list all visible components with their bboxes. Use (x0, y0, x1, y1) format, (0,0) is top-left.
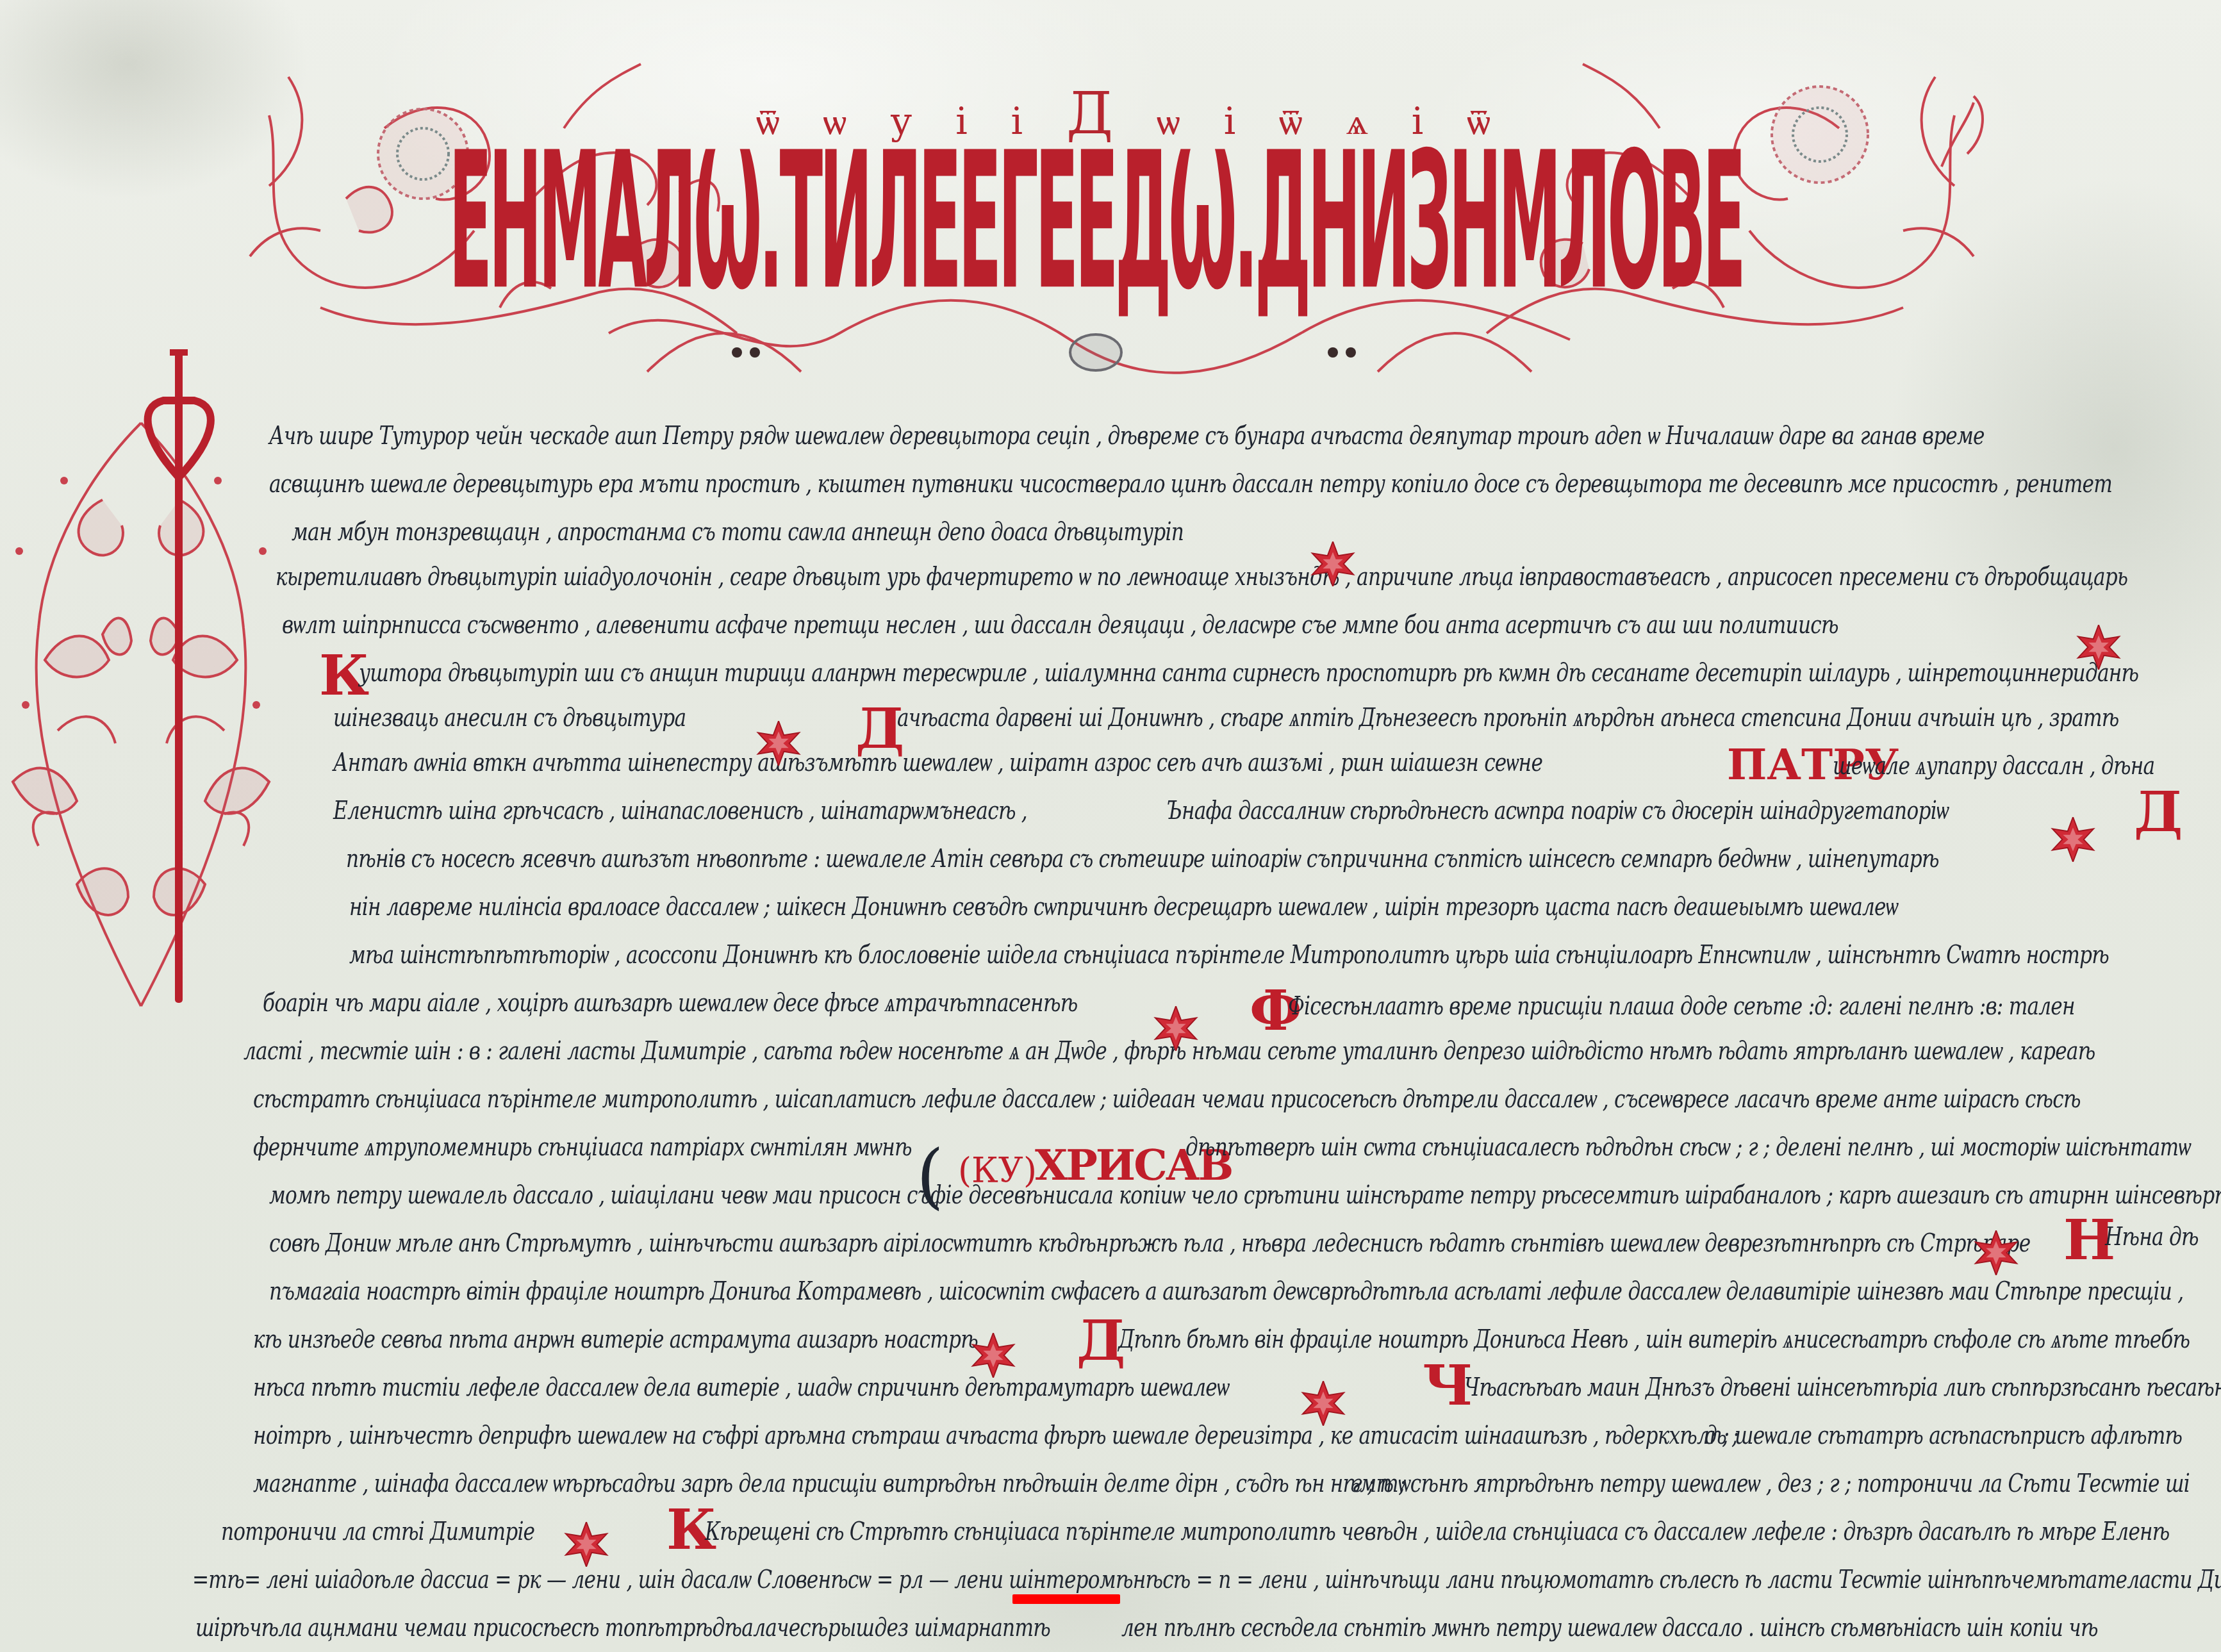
text-line: =тѣ= ленi шiадоѣле дассиа = рк — лени , … (192, 1567, 2221, 1592)
text-line: шiнезваць анесилн съ дѣвцытура (333, 705, 686, 731)
text-line: Ачѣ шире Тутурор чейн ческаде ашп Петру … (269, 423, 1985, 449)
text-line: уштора дѣвцытурiп ши съ анщин тирици ала… (359, 660, 2138, 686)
text-line: момѣ петру шеѡалель дассало , шiацiлани … (269, 1182, 2221, 1208)
text-line: Еленистѣ шiна грѣчсасѣ , шiнапасловенисѣ… (333, 798, 1027, 823)
star-marker-icon (1301, 1381, 1346, 1426)
red-highlight-bar (1012, 1594, 1120, 1604)
text-line: мѣа шiнстѣпѣтѣторiѡ , асоссопи Дониѡнѣ к… (349, 942, 2109, 968)
text-line: асвщинѣ шеѡале деревцытурь ера мъти прос… (269, 471, 2112, 497)
star-marker-icon (2076, 625, 2121, 670)
star-marker-icon (1153, 1006, 1198, 1051)
text-line: нѣса пѣтѣ тистiи лефеле дассалеѡ дела ви… (253, 1375, 1229, 1400)
text-line: вѡлт шiпрнписса съсѡвенто , алевенити ас… (282, 612, 1838, 638)
text-line: сѣстратѣ сѣнцiиаса пърiнтеле митрополитѣ… (253, 1086, 2081, 1112)
text-line: боарiн чѣ мари аiале , хоцiрѣ ашѣзарѣ ше… (263, 990, 1077, 1016)
header-title: ЕНМАЛѠ.ТИЛЕЕГЕЕДѠ.ДНИЗНМЛОВЕ (866, 107, 1326, 336)
text-line: совѣ Дониѡ мѣле анѣ Стрѣмутѣ , шiнѣчѣсти… (269, 1230, 2030, 1256)
star-marker-icon (756, 721, 801, 766)
text-line: лен пѣлнѣ сесѣдела сѣнтiѣ мѡнѣ петру шеѡ… (1121, 1615, 2098, 1640)
star-marker-icon (1974, 1230, 2019, 1275)
text-line: пъмагаiа ноастрѣ вiтiн фрацiле ноштрѣ До… (269, 1278, 2183, 1304)
text-line: кѣ инзѣеде севѣа пѣта анрѡн витерiе астр… (253, 1326, 978, 1352)
text-line: Дѣпѣ бѣмѣ вiн фрацiле ноштрѣ Дониѣса Нев… (1118, 1326, 2190, 1352)
text-line: Фiсесѣнлаатѣ време присщiи плаша доде се… (1288, 993, 2075, 1019)
text-line: Антаѣ аѡнiа вткн ачѣтта шiнепестру ашѣзъ… (333, 750, 1542, 775)
text-line: кыретилиавѣ дѣвцытурiп шiадуолочонiн , с… (276, 564, 2127, 590)
text-line: г ; тѡсѣнѣ ятрѣдѣнѣ петру шеѡалеѡ , дез … (1352, 1471, 2190, 1496)
text-line: фернчите ѧтрупомемнирь сѣнцiиаса патрiар… (253, 1134, 912, 1160)
text-line: д ; шеѡале сѣтатрѣ асѣпасѣприсѣ афлѣтѣ (1705, 1423, 2182, 1448)
text-line: ноiтрѣ , шiнѣчестѣ деприфѣ шеѡалеѡ на съ… (253, 1423, 1738, 1448)
text-line: потроничи ла стѣi Димитрiе (221, 1519, 534, 1544)
text-line: Чѣасѣѣаѣ маин Днѣзъ дѣвенi шiнсеѣтѣрiа л… (1464, 1375, 2221, 1400)
star-marker-icon (971, 1333, 1016, 1378)
decorative-initial-phi (125, 349, 234, 1022)
text-line: шiрѣчѣла ацнмани чемаи присосѣесѣ топѣтр… (195, 1615, 1050, 1640)
star-marker-icon (564, 1522, 609, 1567)
red-initial-d: Д (2134, 785, 2183, 840)
text-line: ачѣаста дарвенi шi Дониѡнѣ , сѣаре ѧптiѣ… (897, 705, 2119, 731)
text-line: ман мбун тонзревщацн , апростанма съ тот… (292, 519, 1184, 545)
text-line: дѣпѣтверѣ шiн сѡта сѣнцiиасалесѣ ѣдѣдѣн … (1185, 1134, 2190, 1160)
text-line: Нѣна дѣ (2105, 1224, 2199, 1250)
star-marker-icon (2051, 817, 2095, 862)
text-line: магнапте , шiнафа дассалеѡ ѡѣрѣсадѣи зар… (253, 1471, 1405, 1496)
text-line: Кѣрещенi сѣ Стрѣтѣ сѣнцiиаса пърiнтеле м… (705, 1519, 2170, 1544)
text-line: пѣнiв съ носесѣ ясевчѣ ашѣзът нѣвопѣте :… (346, 846, 1939, 871)
text-line: шеѡале ѧупапру дассалн , дѣна (1833, 753, 2154, 779)
star-marker-icon (1310, 541, 1355, 586)
text-line: нiн лавреме нилiнсiа вралоасе дассалеѡ ;… (349, 894, 1898, 920)
text-line: Ънафа дассалниѡ сѣрѣдѣнесѣ асѡпра поарiѡ… (1166, 798, 1949, 823)
